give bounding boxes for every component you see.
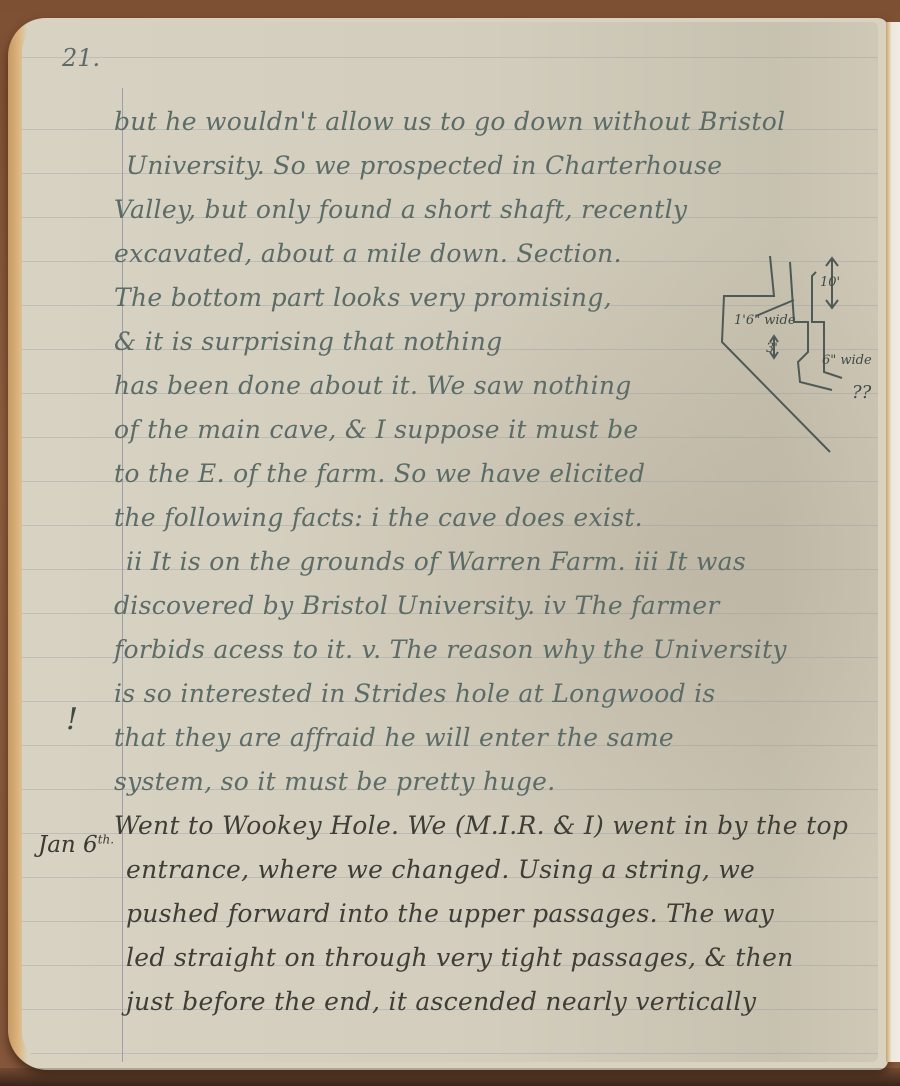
exclamation-mark: ! <box>66 702 78 737</box>
text-line: the following facts: i the cave does exi… <box>114 496 874 540</box>
date-note: Jan 6th. <box>38 832 114 858</box>
height-lower-label: 3' <box>766 341 778 356</box>
shaft-diagram-icon: 1'6" wide 10' 3' 6" wide ?? <box>712 252 878 482</box>
text-line: ii It is on the grounds of Warren Farm. … <box>114 540 874 584</box>
text-line: led straight on through very tight passa… <box>114 936 874 980</box>
handwritten-text: but he wouldn't allow us to go down with… <box>114 100 874 1024</box>
text-line: just before the end, it ascended nearly … <box>114 980 874 1024</box>
text-line: Went to Wookey Hole. We (M.I.R. & I) wen… <box>114 804 874 848</box>
text-line: that they are affraid he will enter the … <box>114 716 874 760</box>
text-line: pushed forward into the upper passages. … <box>114 892 874 936</box>
text-line: forbids acess to it. v. The reason why t… <box>114 628 874 672</box>
height-upper-label: 10' <box>820 275 840 290</box>
notebook-page: 21. but he wouldn't allow us to go down … <box>22 22 878 1062</box>
next-page-edge <box>886 22 900 1062</box>
text-line: is so interested in Strides hole at Long… <box>114 672 874 716</box>
text-line: Valley, but only found a short shaft, re… <box>114 188 874 232</box>
text-line: entrance, where we changed. Using a stri… <box>114 848 874 892</box>
lower-width-label: 6" wide <box>822 353 872 368</box>
upper-width-label: 1'6" wide <box>734 313 796 328</box>
text-line: University. So we prospected in Charterh… <box>114 144 874 188</box>
shaft-section-sketch: 1'6" wide 10' 3' 6" wide ?? <box>712 252 878 482</box>
text-line: system, so it must be pretty huge. <box>114 760 874 804</box>
unknown-label: ?? <box>852 382 872 403</box>
text-line: but he wouldn't allow us to go down with… <box>114 100 874 144</box>
bottom-shadow <box>0 1068 900 1086</box>
date-suffix: th. <box>98 832 114 846</box>
page-number: 21. <box>62 44 100 72</box>
date-text: Jan 6 <box>38 832 98 858</box>
text-line: discovered by Bristol University. iv The… <box>114 584 874 628</box>
